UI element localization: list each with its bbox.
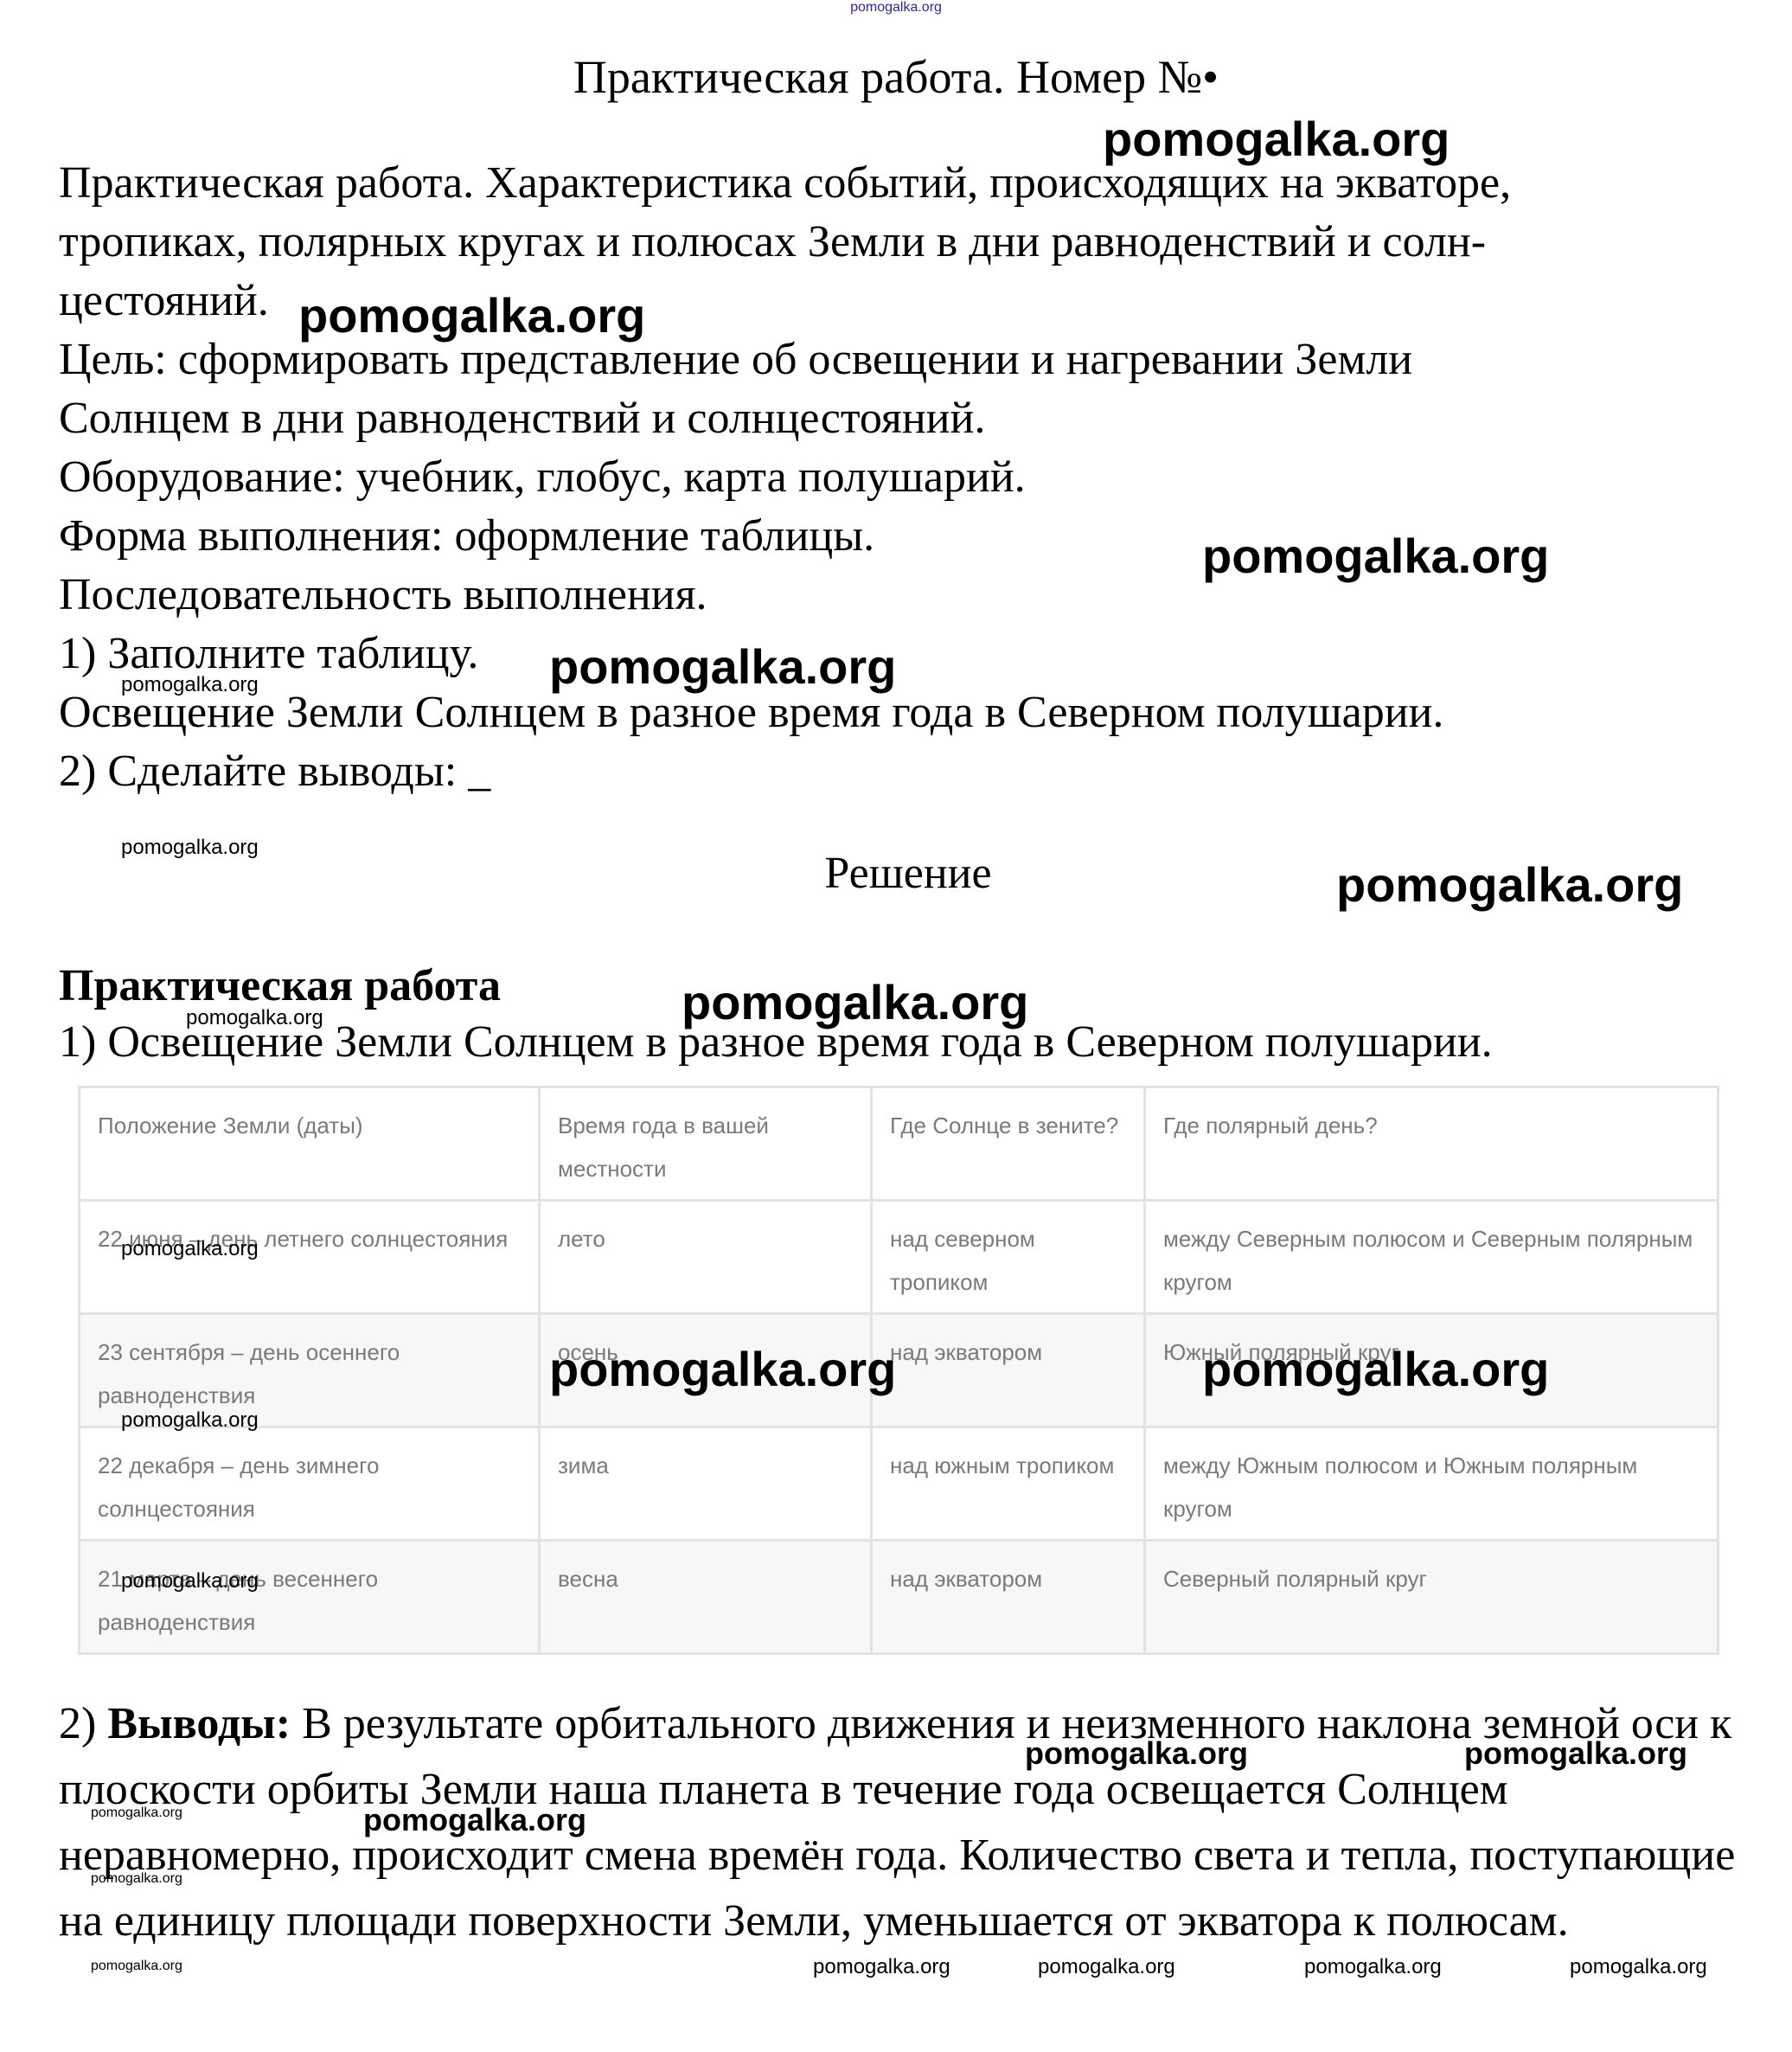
table-row: 22 декабря – день зимнего солнцестояния …	[80, 1427, 1718, 1541]
watermark: pomogalka.org	[1103, 111, 1450, 167]
watermark: pomogalka.org	[91, 1871, 182, 1887]
task-step1-caption: Освещение Земли Солнцем в разное время г…	[59, 683, 1754, 742]
watermark: pomogalka.org	[91, 1805, 182, 1821]
watermark: pomogalka.org	[186, 1006, 323, 1030]
table-header-row: Положение Земли (даты) Время года в ваше…	[80, 1087, 1718, 1201]
task-equipment: Оборудование: учебник, глобус, карта пол…	[59, 448, 1754, 507]
conclusion-label: Выводы:	[107, 1699, 291, 1748]
watermark: pomogalka.org	[1336, 856, 1683, 913]
task-intro-line: Практическая работа. Характеристика собы…	[59, 154, 1754, 213]
watermark: pomogalka.org	[298, 287, 645, 343]
task-intro: Практическая работа. Характеристика собы…	[59, 154, 1754, 801]
table-row: 22 июня – день летнего солнцестояния лет…	[80, 1201, 1718, 1314]
task-intro-line: тропиках, полярных кругах и полюсах Земл…	[59, 213, 1754, 272]
conclusion: 2) Выводы: В результате орбитального дви…	[59, 1691, 1754, 1954]
watermark: pomogalka.org	[91, 1959, 182, 1974]
table-cell: над южным тропиком	[872, 1427, 1145, 1541]
watermark: pomogalka.org	[121, 1569, 259, 1594]
watermark: pomogalka.org	[1304, 1955, 1442, 1979]
watermark: pomogalka.org	[121, 673, 259, 697]
watermark: pomogalka.org	[363, 1802, 586, 1838]
table-cell: весна	[540, 1541, 872, 1654]
watermark: pomogalka.org	[1202, 1341, 1549, 1397]
watermark: pomogalka.org	[1038, 1955, 1175, 1979]
table-cell: зима	[540, 1427, 872, 1541]
watermark: pomogalka.org	[121, 1237, 259, 1261]
conclusion-prefix: 2)	[59, 1699, 107, 1748]
table-row: 21 марта – день весеннего равноденствия …	[80, 1541, 1718, 1654]
header-cell: Где Солнце в зените?	[872, 1087, 1145, 1201]
header-cell: Где полярный день?	[1145, 1087, 1718, 1201]
header-cell: Время года в вашей местности	[540, 1087, 872, 1201]
table-cell: лето	[540, 1201, 872, 1314]
watermark: pomogalka.org	[813, 1955, 950, 1979]
watermark-top: pomogalka.org	[0, 0, 1792, 16]
task-goal-cont: Солнцем в дни равноденствий и солнцестоя…	[59, 389, 1754, 448]
table-cell: над северном тропиком	[872, 1201, 1145, 1314]
watermark: pomogalka.org	[1570, 1955, 1707, 1979]
table-cell: между Южным полюсом и Южным полярным кру…	[1145, 1427, 1718, 1541]
watermark: pomogalka.org	[1464, 1735, 1687, 1772]
table-cell: над экватором	[872, 1314, 1145, 1427]
task-step2: 2) Сделайте выводы: _	[59, 742, 1754, 801]
header-cell: Положение Земли (даты)	[80, 1087, 540, 1201]
watermark: pomogalka.org	[121, 1408, 259, 1433]
table-cell: над экватором	[872, 1541, 1145, 1654]
watermark: pomogalka.org	[121, 836, 259, 860]
solution-heading: Практическая работа	[59, 960, 501, 1011]
task-step1: 1) Заполните таблицу.	[59, 625, 1754, 683]
page-title: Практическая работа. Номер №•	[0, 50, 1792, 104]
watermark: pomogalka.org	[549, 1341, 896, 1397]
watermark: pomogalka.org	[682, 974, 1028, 1030]
table-cell: 21 марта – день весеннего равноденствия	[80, 1541, 540, 1654]
watermark: pomogalka.org	[549, 638, 896, 695]
watermark: pomogalka.org	[1025, 1735, 1248, 1772]
table-cell: Северный полярный круг	[1145, 1541, 1718, 1654]
table-cell: между Северным полюсом и Северным полярн…	[1145, 1201, 1718, 1314]
watermark: pomogalka.org	[1202, 528, 1549, 584]
table-cell: 22 декабря – день зимнего солнцестояния	[80, 1427, 540, 1541]
